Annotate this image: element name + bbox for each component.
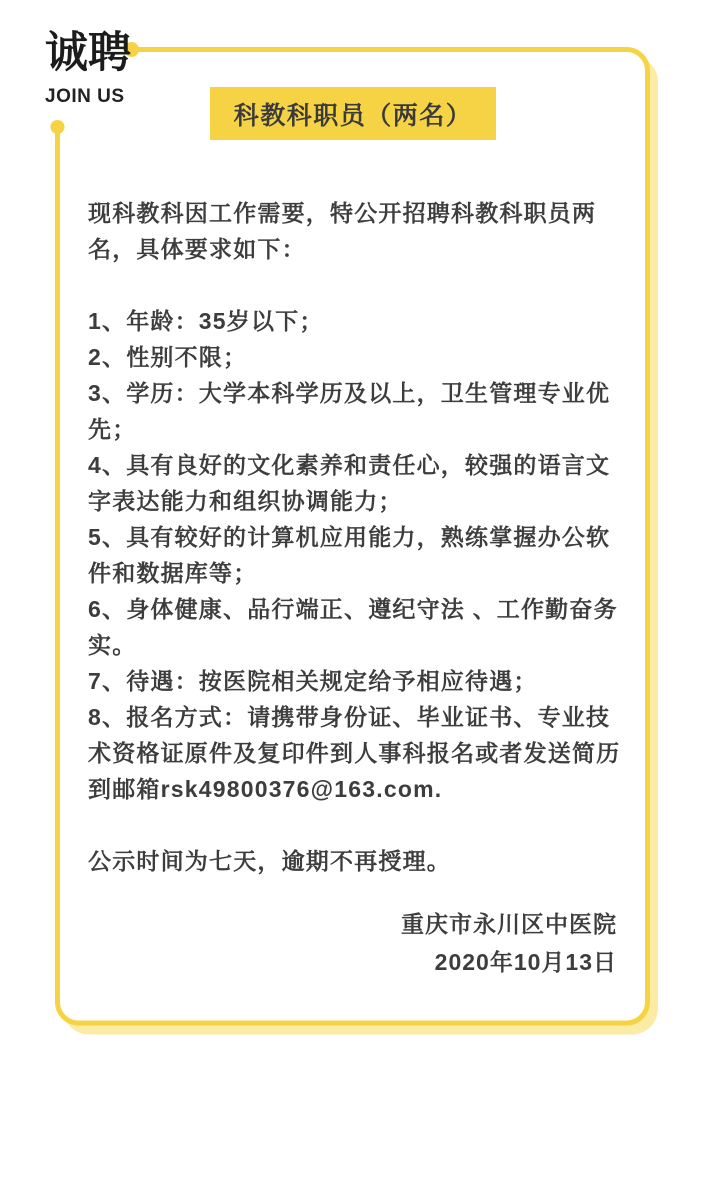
notice-closing: 公示时间为七天，逾期不再授理。 bbox=[88, 843, 633, 879]
signature-block: 重庆市永川区中医院 2020年10月13日 bbox=[88, 905, 617, 981]
signature-organization: 重庆市永川区中医院 bbox=[88, 905, 617, 943]
requirement-item: 7、待遇：按医院相关规定给予相应待遇； bbox=[88, 663, 633, 699]
brand-title: 诚聘 bbox=[45, 28, 131, 78]
requirement-item: 4、具有良好的文化素养和责任心，较强的语言文 字表达能力和组织协调能力； bbox=[88, 447, 633, 519]
requirement-item: 5、具有较好的计算机应用能力，熟练掌握办公软 件和数据库等； bbox=[88, 519, 633, 591]
requirement-item: 8、报名方式：请携带身份证、毕业证书、专业技 术资格证原件及复印件到人事科报名或… bbox=[88, 699, 633, 807]
requirement-item: 6、身体健康、品行端正、遵纪守法 、工作勤奋务 实。 bbox=[88, 591, 633, 663]
position-title: 科教科职员（两名） bbox=[234, 96, 473, 132]
requirements-list: 1、年龄：35岁以下；2、性别不限；3、学历：大学本科学历及以上，卫生管理专业优… bbox=[88, 303, 633, 807]
notice-body: 现科教科因工作需要，特公开招聘科教科职员两 名，具体要求如下： 1、年龄：35岁… bbox=[88, 195, 633, 879]
recruitment-notice-poster: 诚聘 JOIN US 科教科职员（两名） 现科教科因工作需要，特公开招聘科教科职… bbox=[0, 0, 720, 1186]
brand-subtitle: JOIN US bbox=[45, 86, 131, 108]
connector-dot-left bbox=[51, 120, 65, 134]
signature-date: 2020年10月13日 bbox=[88, 943, 617, 981]
requirement-item: 2、性别不限； bbox=[88, 339, 633, 375]
brand-block: 诚聘 JOIN US bbox=[45, 28, 131, 108]
notice-intro: 现科教科因工作需要，特公开招聘科教科职员两 名，具体要求如下： bbox=[88, 195, 633, 267]
requirement-item: 1、年龄：35岁以下； bbox=[88, 303, 633, 339]
requirement-item: 3、学历：大学本科学历及以上，卫生管理专业优 先； bbox=[88, 375, 633, 447]
position-title-badge: 科教科职员（两名） bbox=[210, 87, 496, 140]
